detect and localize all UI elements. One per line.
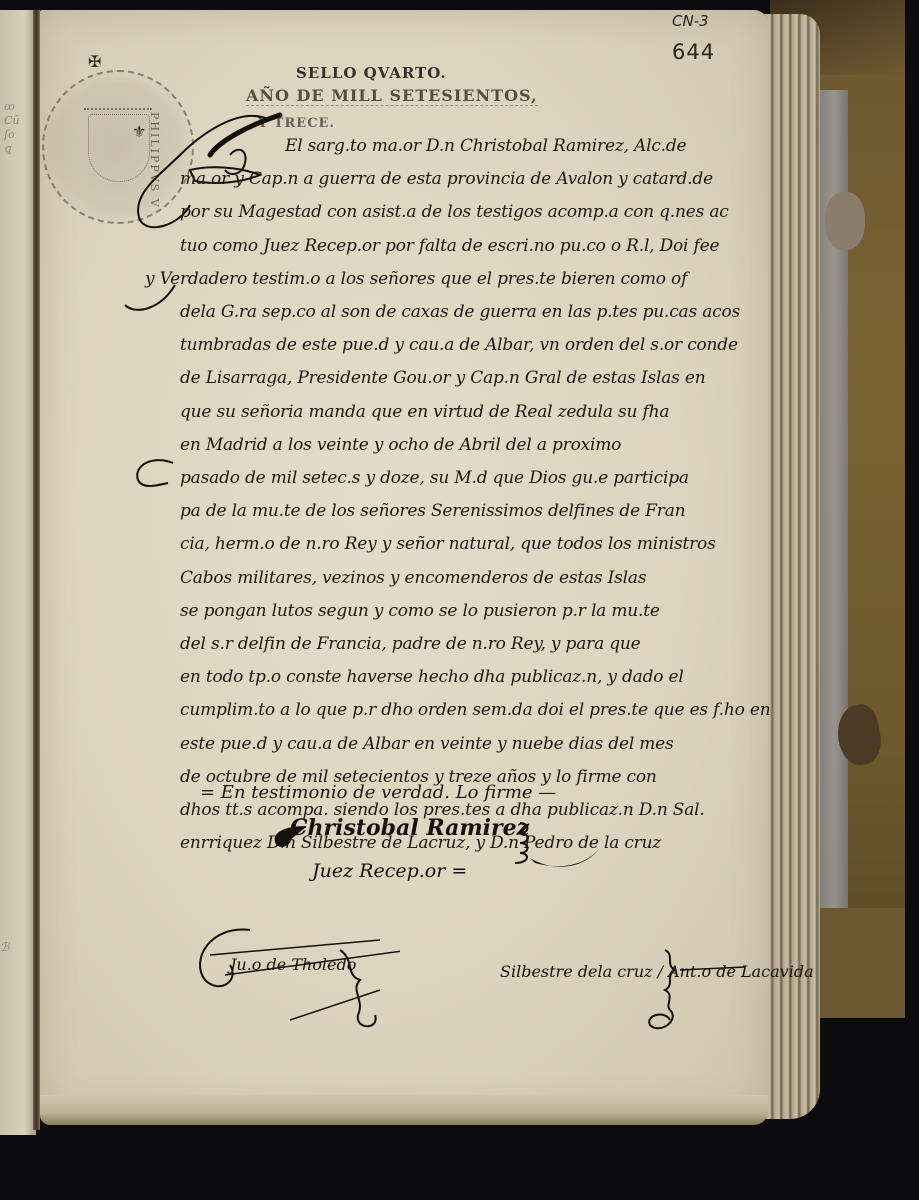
- margin-flourish-icon: [128, 455, 178, 495]
- witness-1-rubric-icon: [190, 920, 400, 1040]
- manuscript-body: El sarg.to ma.or D.n Christobal Ramirez,…: [135, 130, 775, 860]
- rubric-flourish-icon: [268, 822, 308, 852]
- left-page-bleed-through-mark: ℬ: [0, 940, 9, 954]
- text-line: pasado de mil setec.s y doze, su M.d que…: [135, 462, 775, 495]
- text-line: tumbradas de este pue.d y cau.a de Albar…: [135, 329, 775, 362]
- text-line: El sarg.to ma.or D.n Christobal Ramirez,…: [135, 130, 775, 163]
- text-line: se pongan lutos segun y como se lo pusie…: [135, 595, 775, 628]
- left-facing-page: [0, 10, 36, 1135]
- archive-reference: CN-3: [672, 12, 709, 30]
- cover-bottom: [820, 908, 905, 1018]
- margin-flourish-icon: [120, 280, 180, 320]
- cross-icon: ✠: [88, 52, 101, 71]
- text-line: por su Magestad con asist.a de los testi…: [135, 196, 775, 229]
- left-page-bleed-through-text: ꝏCũſoꝗ: [4, 100, 34, 156]
- text-line: en todo tp.o conste haverse hecho dha pu…: [135, 661, 775, 694]
- signature-judge-title: Juez Recep.or =: [312, 860, 467, 882]
- text-line: ma.or y Cap.n a guerra de esta provincia…: [135, 163, 775, 196]
- text-line: que su señoria manda que en virtud de Re…: [135, 396, 775, 429]
- text-line: cumplim.to a lo que p.r dho orden sem.da…: [135, 694, 775, 727]
- rubric-flourish-icon: [500, 818, 610, 878]
- page-bottom-edge: [40, 1095, 768, 1125]
- text-line: del s.r delfin de Francia, padre de n.ro…: [135, 628, 775, 661]
- witness-2-rubric-icon: [640, 945, 750, 1045]
- folio-number: 644: [672, 40, 715, 64]
- text-line: de Lisarraga, Presidente Gou.or y Cap.n …: [135, 362, 775, 395]
- text-line: cia, herm.o de n.ro Rey y señor natural,…: [135, 528, 775, 561]
- stamp-seal-class: SELLO QVARTO.: [296, 64, 447, 82]
- text-line: y Verdadero testim.o a los señores que e…: [135, 263, 775, 296]
- text-line: pa de la mu.te de los señores Serenissim…: [135, 495, 775, 528]
- text-line: dela G.ra sep.co al son de caxas de guer…: [135, 296, 775, 329]
- gutter: [33, 10, 40, 1130]
- signature-judge-name: Christobal Ramirez: [290, 815, 529, 841]
- closing-attestation: = En testimonio de verdad. Lo firme —: [200, 782, 556, 803]
- text-line: tuo como Juez Recep.or por falta de escr…: [135, 230, 775, 263]
- text-line: este pue.d y cau.a de Albar en veinte y …: [135, 728, 775, 761]
- paper-tab: [825, 192, 865, 250]
- text-line: en Madrid a los veinte y ocho de Abril d…: [135, 429, 775, 462]
- text-line: Cabos militares, vezinos y encomenderos …: [135, 562, 775, 595]
